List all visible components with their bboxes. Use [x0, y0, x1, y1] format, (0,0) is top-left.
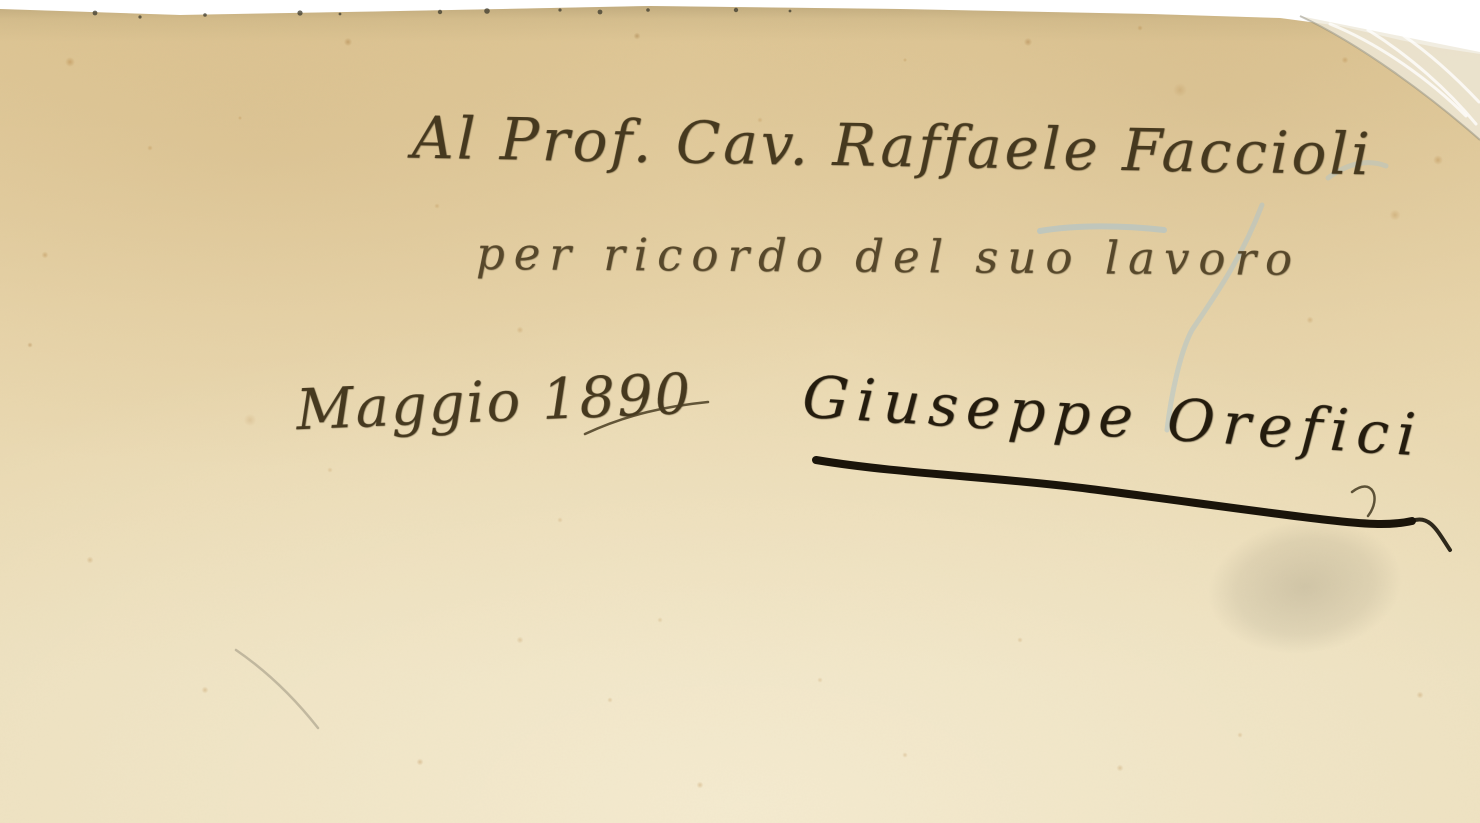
scanned-document: Al Prof. Cav. Raffaele Faccioli per rico… [0, 0, 1480, 823]
date-line: Maggio 1890 [295, 362, 694, 444]
dedication-line-2: per ricordo del suo lavoro [476, 227, 1301, 286]
crease-mark [236, 650, 318, 728]
ink-smudge [1169, 485, 1440, 688]
dedication-line-1: Al Prof. Cav. Raffaele Faccioli [411, 104, 1373, 189]
signature-name: Giuseppe Orefici [800, 363, 1425, 470]
paper-sheet: Al Prof. Cav. Raffaele Faccioli per rico… [0, 0, 1480, 823]
